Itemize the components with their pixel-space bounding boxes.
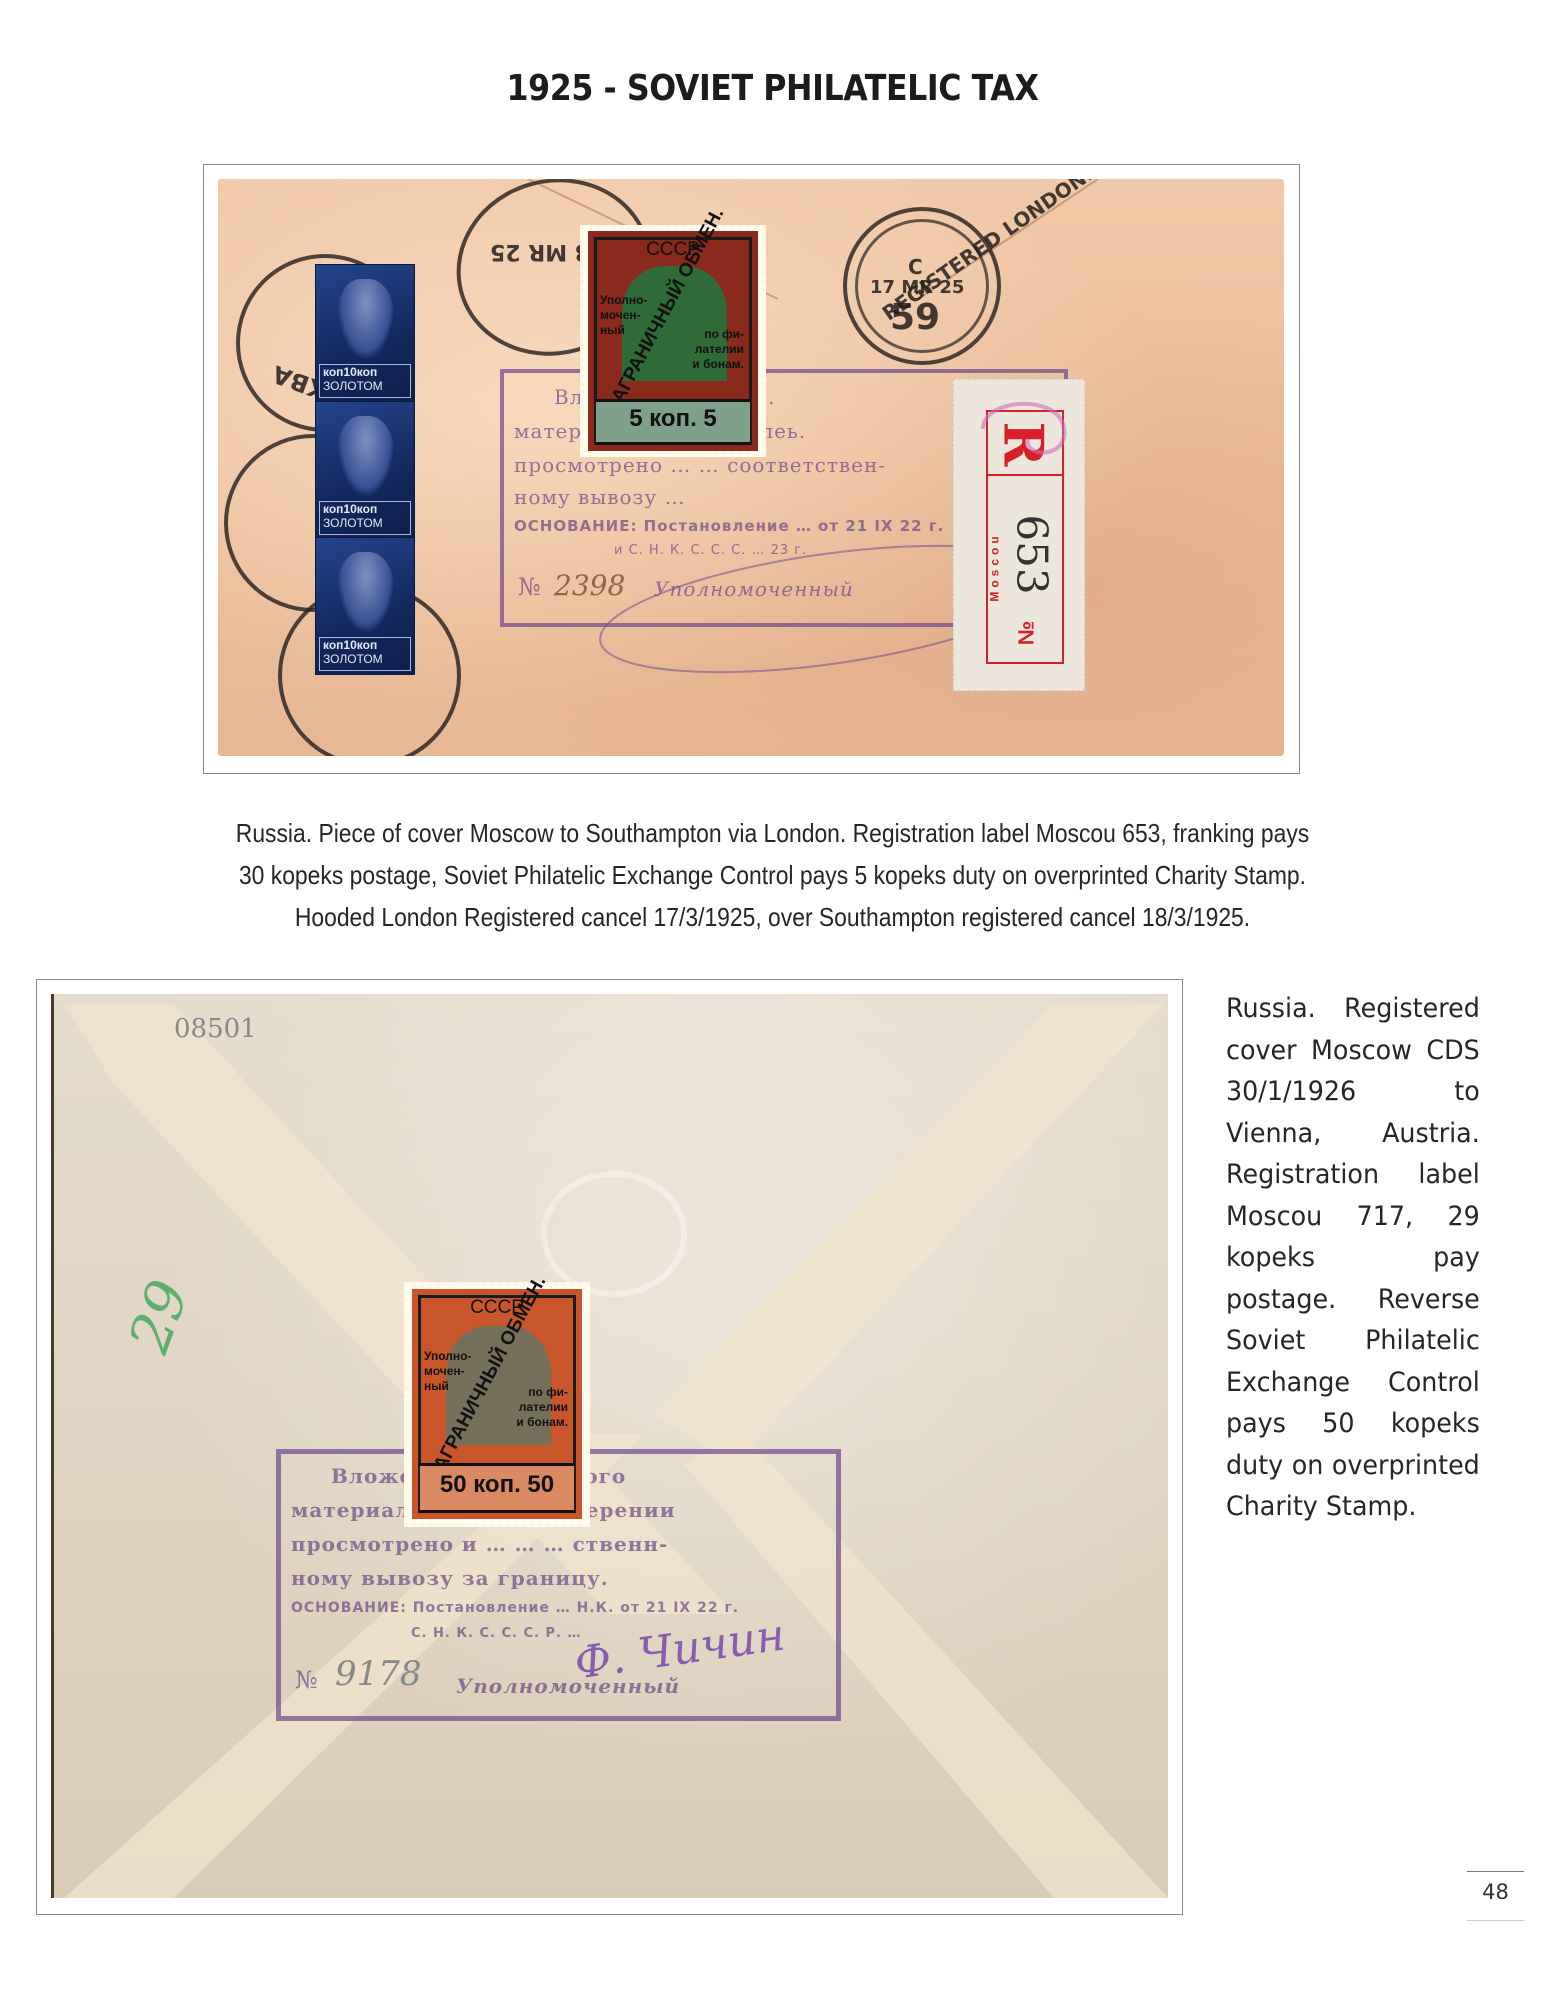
charity-stamp-50kop: СССР ЗАГРАНИЧНЫЙ ОБМЕН. Уполно- мочен- н… [412,1289,582,1519]
registration-number: 653 [1008,514,1057,594]
page-number-rule-bottom [1467,1920,1524,1921]
pencil-note: 08501 [174,1014,257,1044]
page-number-rule [1467,1871,1524,1872]
cover1-image: МОСКВА коп10копЗОЛОТОМ коп10копЗОЛОТОМ к… [218,179,1284,756]
registration-city: Moscou [988,532,1002,601]
cachet-number: 2398 [554,569,625,602]
definitive-stamp-10k: коп10копЗОЛОТОМ [315,537,415,675]
cover2-image: 08501 29 Вложение … … бонного материала … [51,994,1168,1898]
cover2-image-frame: 08501 29 Вложение … … бонного материала … [36,979,1183,1915]
charity-stamp-5kop: СССР ЗАГРАНИЧНЫЙ ОБМЕН. Уполно- мочен- н… [588,231,758,451]
charity-stamp-value: 5 коп. 5 [588,405,758,433]
exhibit2-caption: Russia. Registered cover Moscow CDS 30/1… [1226,988,1480,1528]
page-title: 1925 - SOVIET PHILATELIC TAX [93,68,1453,109]
envelope-flaps [54,994,1168,1898]
page-number: 48 [1467,1880,1524,1904]
exhibit1-caption: Russia. Piece of cover Moscow to Southam… [225,812,1321,938]
definitive-stamp-10k: коп10копЗОЛОТОМ [315,264,415,402]
charity-stamp-value: 50 коп. 50 [412,1471,582,1499]
cover1-image-frame: МОСКВА коп10копЗОЛОТОМ коп10копЗОЛОТОМ к… [203,164,1300,774]
violet-squiggle [943,389,1083,479]
cachet-number: 9178 [335,1654,422,1694]
definitive-stamp-10k: коп10копЗОЛОТОМ [315,401,415,539]
